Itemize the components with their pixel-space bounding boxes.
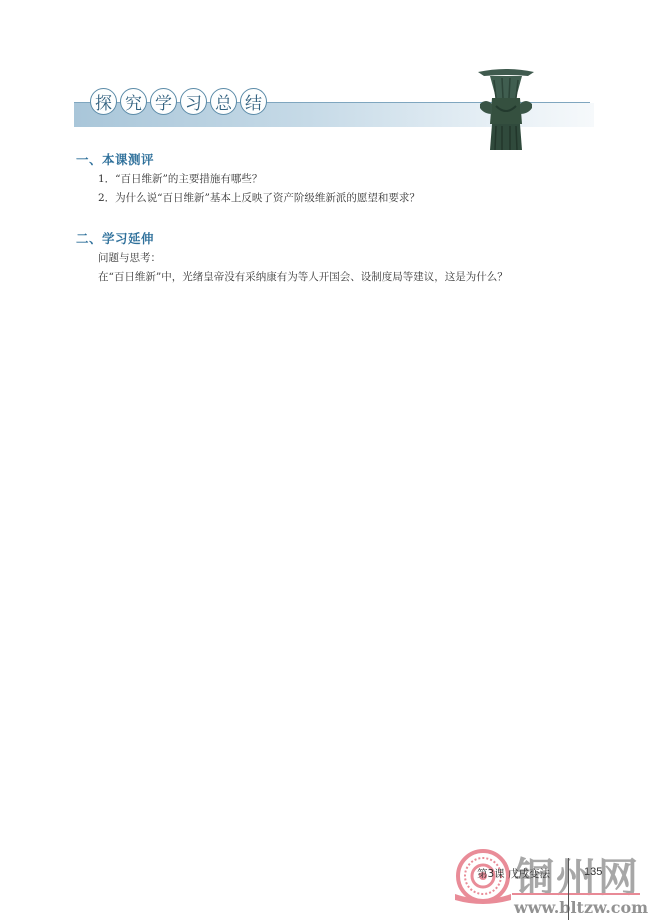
title-char: 习 (180, 88, 207, 115)
title-char: 结 (240, 88, 267, 115)
footer-lesson-title: 第3课 戊戌变法 (477, 866, 550, 881)
question-item: 在“百日维新”中，光绪皇帝没有采纳康有为等人开国会、设制度局等建议，这是为什么？ (98, 269, 508, 284)
prompt-label: 问题与思考： (98, 250, 161, 265)
title-char: 探 (90, 88, 117, 115)
title-char: 总 (210, 88, 237, 115)
question-item: 2．为什么说“百日维新”基本上反映了资产阶级维新派的愿望和要求？ (98, 190, 420, 205)
watermark-divider (512, 893, 640, 895)
section-banner-title: 探 究 学 习 总 结 (90, 88, 267, 115)
section-heading-review: 一、本课测评 (76, 150, 154, 168)
footer-divider (568, 858, 569, 920)
title-char: 学 (150, 88, 177, 115)
question-item: 1．“百日维新”的主要措施有哪些？ (98, 171, 262, 186)
section-heading-extension: 二、学习延伸 (76, 229, 154, 247)
title-char: 究 (120, 88, 147, 115)
page-number: 135 (584, 866, 602, 878)
bronze-vessel-image (476, 68, 536, 152)
watermark-url: www.bltzw.com (514, 898, 648, 917)
